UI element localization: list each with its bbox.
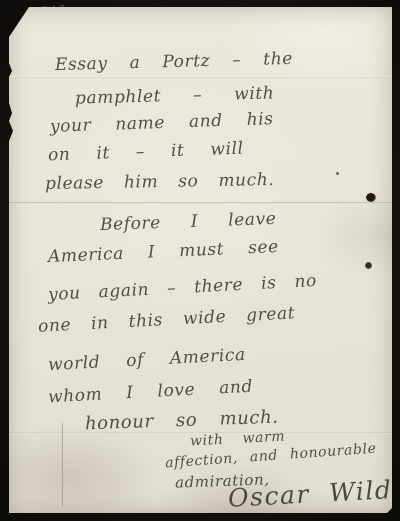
ink-blot-large bbox=[366, 193, 376, 202]
ink-blot-small bbox=[365, 262, 372, 269]
letter-line: pamphlet – with bbox=[75, 83, 275, 109]
letter-line: on it – it will bbox=[48, 139, 244, 167]
fold-crease-middle bbox=[9, 202, 392, 204]
letter-line: Essay a Portz – the bbox=[55, 49, 293, 76]
letter-line: America I must see bbox=[48, 237, 280, 268]
letter-line: you again – there is no bbox=[48, 271, 318, 306]
fold-crease-top bbox=[9, 76, 392, 78]
letter-line: your name and his bbox=[50, 109, 274, 138]
fold-crease-vertical bbox=[62, 423, 63, 507]
paper-speck bbox=[336, 172, 339, 175]
letter-paper: Essay a Portz – the pamphlet – with your… bbox=[9, 7, 392, 513]
letter-line: whom I love and bbox=[48, 377, 254, 409]
letter-line: please him so much. bbox=[45, 170, 275, 195]
letter-line: world of America bbox=[48, 345, 247, 377]
letter-line: one in this wide great bbox=[38, 303, 296, 338]
letter-photograph: 247 Essay a Portz – the pamphlet – with … bbox=[0, 0, 400, 521]
letter-line: Before I leave bbox=[100, 209, 277, 236]
